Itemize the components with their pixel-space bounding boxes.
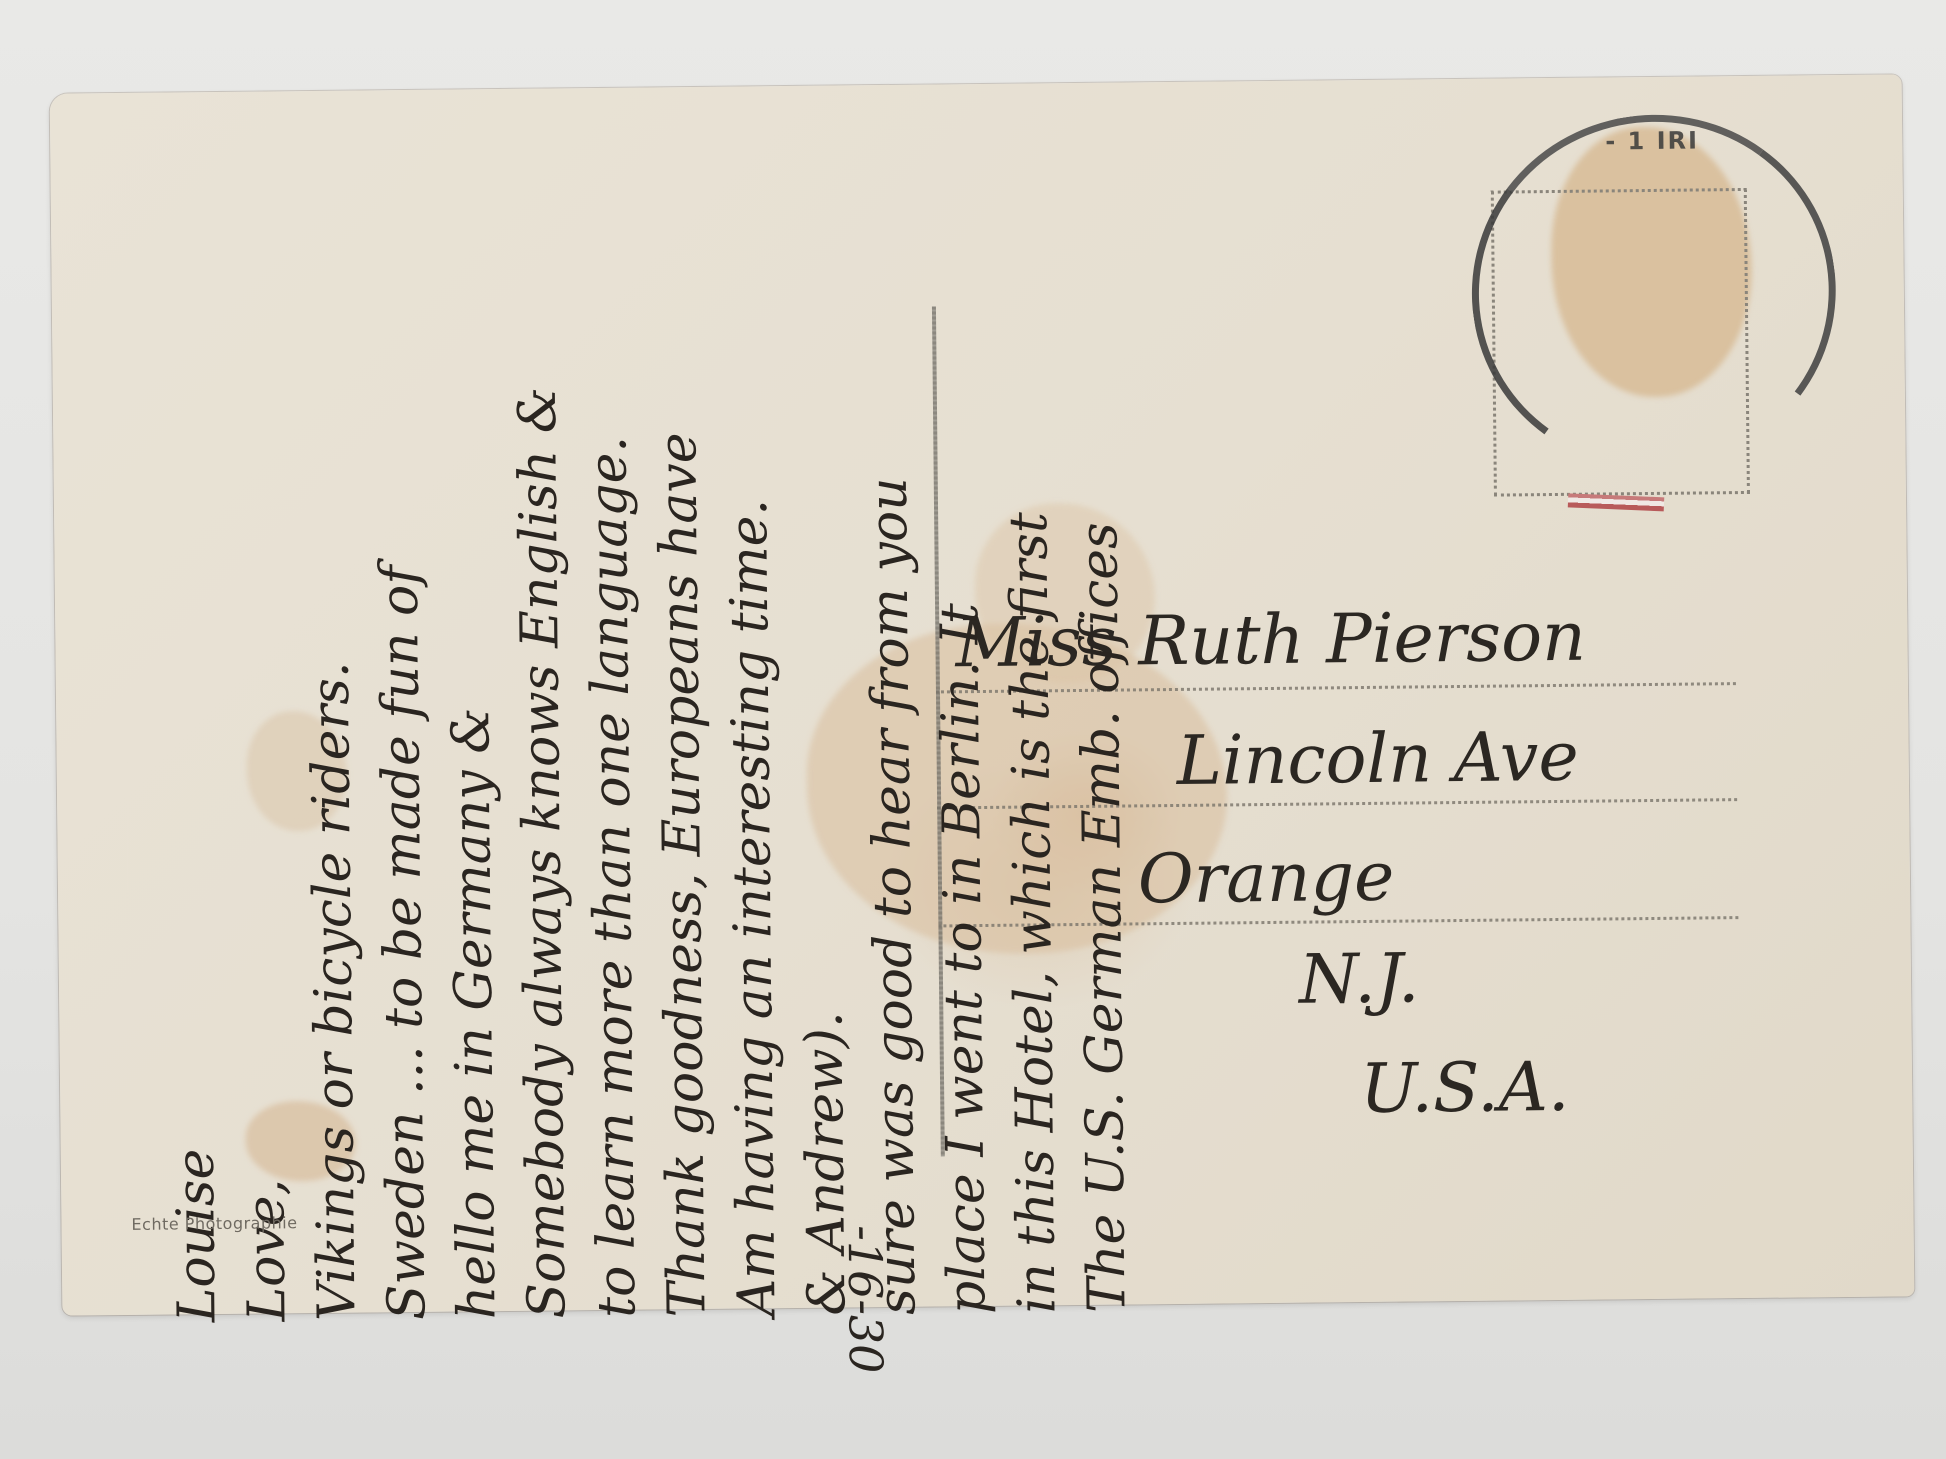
message-line: Sweden ... to be made fun of — [360, 170, 442, 1321]
message-line: place I went to in Berlin. It — [920, 164, 1002, 1315]
message-line: The U.S. German Emb. offices — [1060, 162, 1142, 1313]
postcard: - 1 IRI Miss Ruth Pierson Lincoln Ave Or… — [50, 74, 1915, 1315]
message-line: Am having an interesting time. — [710, 166, 792, 1317]
message-line: Thank goodness, Europeans have — [640, 167, 722, 1318]
message-line: Louise — [150, 172, 232, 1323]
printer-mark: Echte Photographie — [131, 1213, 297, 1234]
stamp-remnant — [1568, 493, 1665, 511]
postmark-text: - 1 IRI — [1605, 126, 1699, 155]
message-line: sure was good to hear from you — [850, 165, 932, 1316]
message-line: Vikings or bicycle riders. — [290, 170, 372, 1321]
message-line: Love, — [220, 171, 302, 1322]
message-line: hello me in Germany & — [430, 169, 512, 1320]
message-line: Somebody always knows English & — [500, 168, 582, 1319]
country: U.S.A. — [1360, 1048, 1570, 1129]
city: Orange — [1138, 838, 1395, 920]
message-line: in this Hotel, which is the first — [990, 163, 1072, 1314]
state: N.J. — [1299, 939, 1420, 1019]
street: Lincoln Ave — [1176, 718, 1579, 801]
message-line: to learn more than one language. — [570, 168, 652, 1319]
message-line: & Andrew). — [780, 165, 862, 1316]
handwritten-message: Louise Love, Vikings or bicycle riders. … — [150, 164, 982, 1323]
